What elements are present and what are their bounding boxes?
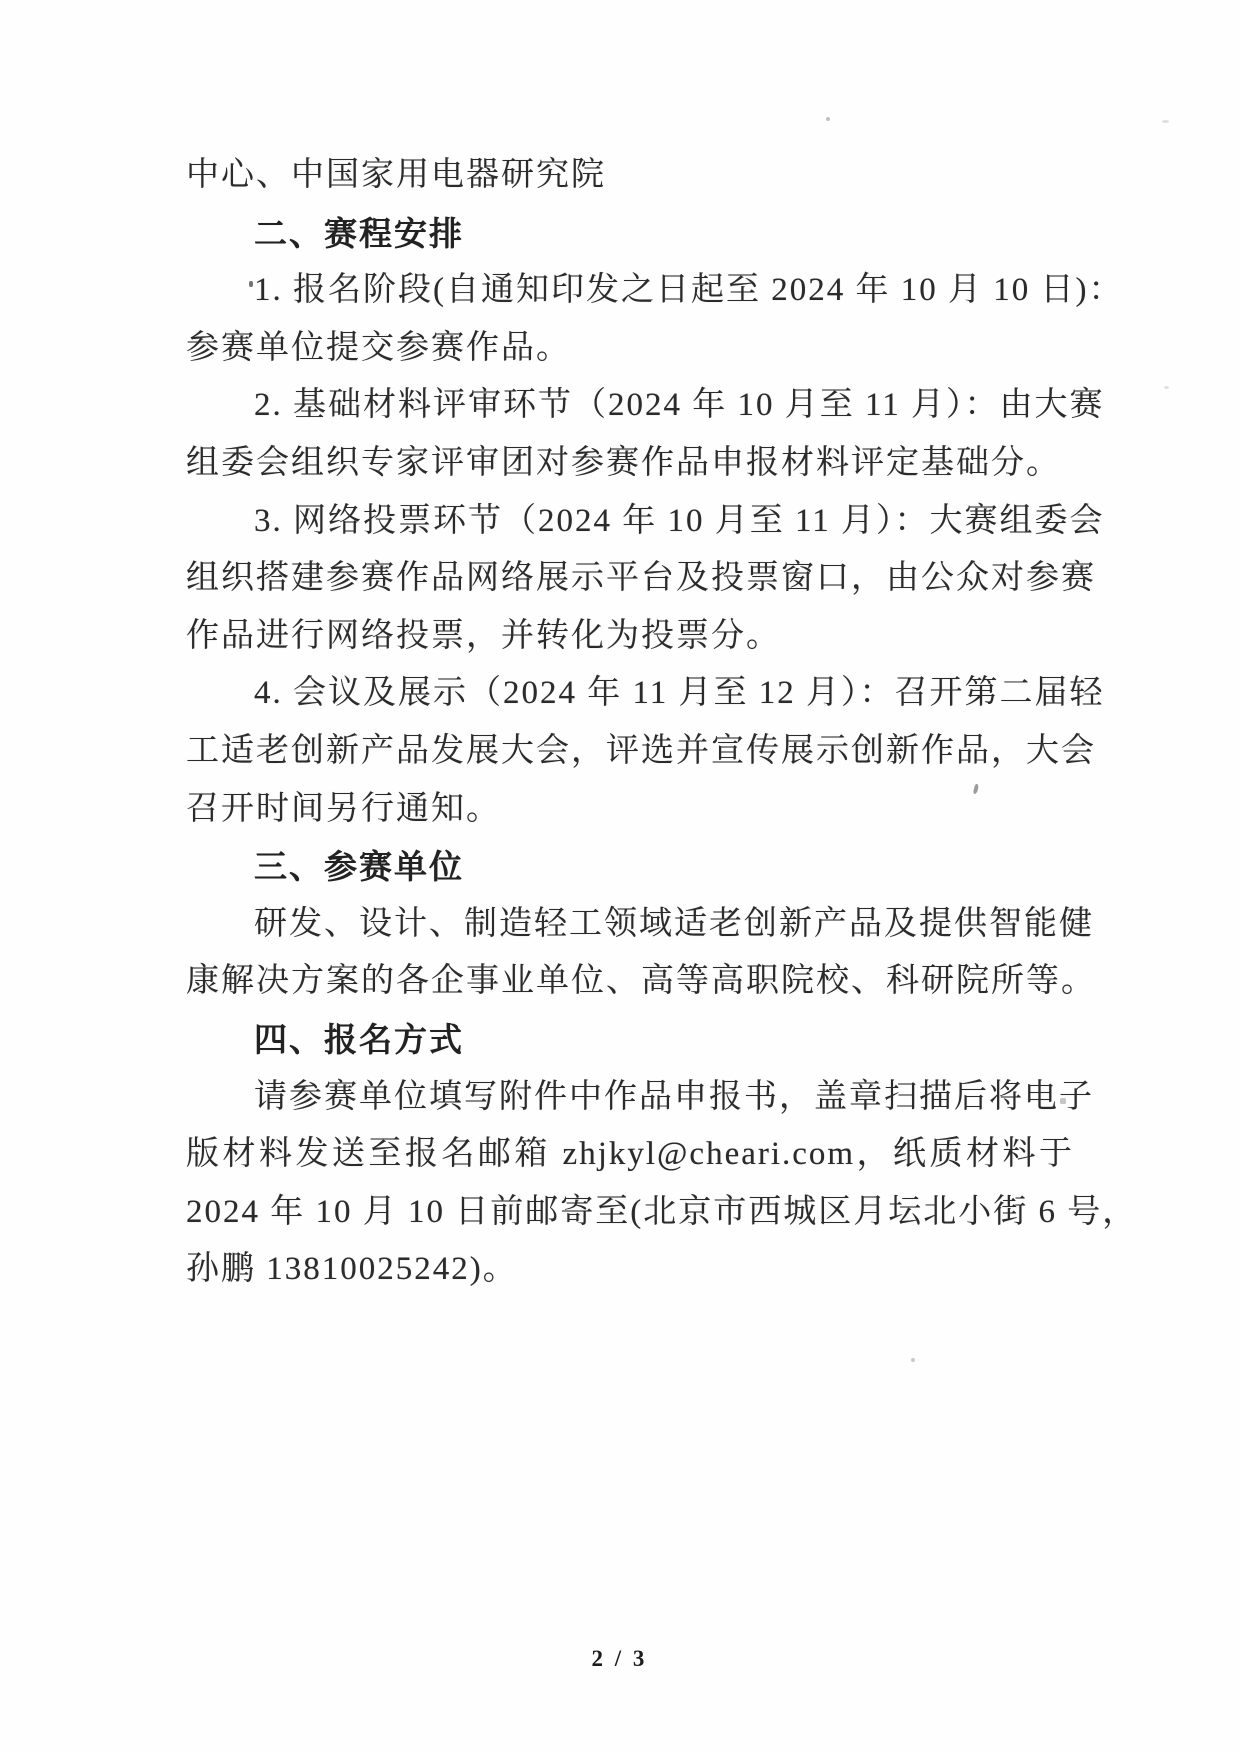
page-number: 2 / 3 (0, 1646, 1239, 1672)
doc-line: 康解决方案的各企事业单位、高等高职院校、科研院所等。 (186, 953, 1074, 1011)
doc-line: 组织搭建参赛作品网络展示平台及投票窗口，由公众对参赛 (186, 550, 1074, 608)
doc-line: 2024 年 10 月 10 日前邮寄至(北京市西城区月坛北小街 6 号， (186, 1184, 1074, 1242)
scanned-document-page: 中心、中国家用电器研究院 二、赛程安排 1. 报名阶段(自通知印发之日起至 20… (0, 0, 1239, 1752)
doc-line: 4. 会议及展示（2024 年 11 月至 12 月）：召开第二届轻 (186, 665, 1074, 723)
section-heading: 四、报名方式 (186, 1011, 1074, 1069)
doc-line: 组委会组织专家评审团对参赛作品申报材料评定基础分。 (186, 435, 1074, 493)
doc-line: 1. 报名阶段(自通知印发之日起至 2024 年 10 月 10 日)： (186, 262, 1074, 320)
doc-line: 参赛单位提交参赛作品。 (186, 320, 1074, 378)
scan-artifact (826, 117, 830, 121)
scan-artifact (911, 1358, 915, 1362)
document-body: 中心、中国家用电器研究院 二、赛程安排 1. 报名阶段(自通知印发之日起至 20… (186, 147, 1074, 1299)
scan-artifact (1162, 120, 1169, 123)
scan-artifact (1164, 386, 1169, 389)
doc-line: 版材料发送至报名邮箱 zhjkyl@cheari.com，纸质材料于 (186, 1126, 1074, 1184)
doc-line: 工适老创新产品发展大会，评选并宣传展示创新作品，大会 (186, 723, 1074, 781)
doc-line: 中心、中国家用电器研究院 (186, 147, 1074, 205)
scan-artifact (249, 281, 253, 287)
doc-line: 3. 网络投票环节（2024 年 10 月至 11 月）：大赛组委会 (186, 493, 1074, 551)
doc-line: 孙鹏 13810025242)。 (186, 1241, 1074, 1299)
doc-line: 召开时间另行通知。 (186, 781, 1074, 839)
section-heading: 二、赛程安排 (186, 205, 1074, 263)
doc-line: 作品进行网络投票，并转化为投票分。 (186, 608, 1074, 666)
section-heading: 三、参赛单位 (186, 838, 1074, 896)
doc-line: 请参赛单位填写附件中作品申报书，盖章扫描后将电子 (186, 1069, 1074, 1127)
doc-line: 2. 基础材料评审环节（2024 年 10 月至 11 月）：由大赛 (186, 377, 1074, 435)
scan-artifact (1060, 1098, 1066, 1104)
doc-line: 研发、设计、制造轻工领域适老创新产品及提供智能健 (186, 896, 1074, 954)
